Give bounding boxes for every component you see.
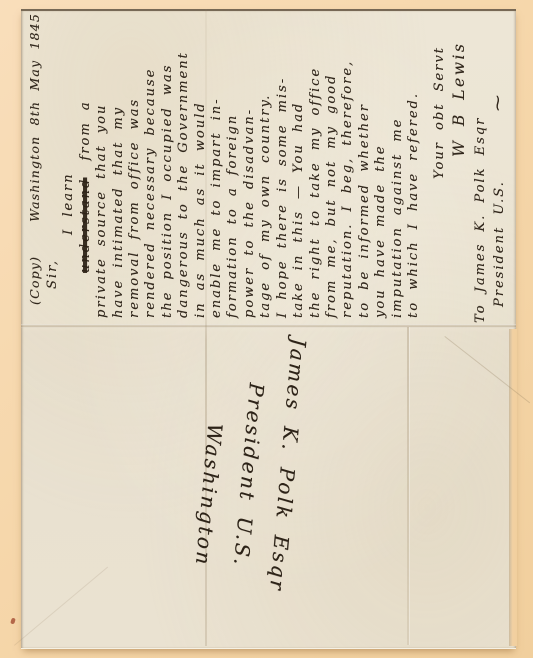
body-line: have intimated that my <box>111 9 127 327</box>
copy-annotation: (Copy) <box>25 256 45 305</box>
scan-mat-background: (Copy) Washington 8th May 1845 Sir, I le… <box>0 0 533 658</box>
body-line: take in this — You had <box>291 9 307 327</box>
pen-flourish: ⁓ <box>488 93 507 111</box>
struck-out-word: understand <box>78 178 93 273</box>
body-line-opening: I learn <box>61 9 77 327</box>
letter-header-line: (Copy) Washington 8th May 1845 <box>25 9 45 327</box>
body-line: dangerous to the Government <box>176 9 192 327</box>
body-line: the right to take my office <box>308 9 324 327</box>
body-line: tage of my own country. <box>258 9 274 327</box>
signature: W B Lewis <box>451 9 467 327</box>
body-line: removal from office was <box>127 9 143 327</box>
body-line: to which I have refered. <box>406 9 422 327</box>
body-line: to be informed whether <box>357 9 373 327</box>
body-line: enable me to impart in- <box>209 9 225 327</box>
vertical-fold-crease-right <box>407 327 409 645</box>
addressee-line-2-text: President U.S. <box>492 180 507 307</box>
body-line: power to the disadvan- <box>242 9 258 327</box>
salutation: Sir, <box>45 9 61 327</box>
body-line-with-strikeout: understand from a <box>78 9 94 327</box>
body-line: reputation. I beg, therefore, <box>340 9 356 327</box>
mat-speck <box>10 618 16 625</box>
body-line: from me, but not my good <box>324 9 340 327</box>
body-line: private source that you <box>94 9 110 327</box>
letter-page-upper-half: (Copy) Washington 8th May 1845 Sir, I le… <box>21 9 516 327</box>
body-line: I hope there is some mis- <box>275 9 291 327</box>
addressee-line-2: President U.S. ⁓ <box>490 9 508 327</box>
body-line: you have made the <box>373 9 389 327</box>
dateline: Washington 8th May 1845 <box>25 13 45 222</box>
addressee-line-1: To James K. Polk Esqr <box>473 9 489 327</box>
address-panel-text: James K. Polk Esqr President U.S. Washin… <box>172 330 318 639</box>
body-line: rendered necessary because <box>143 9 159 327</box>
mat-edge-sliver <box>509 329 517 646</box>
body-line-text: from a <box>78 100 93 160</box>
body-line: imputation against me <box>390 9 406 327</box>
body-line: formation to a foreign <box>225 9 241 327</box>
address-panel-lower-half: James K. Polk Esqr President U.S. Washin… <box>198 340 328 640</box>
closing-line: Your obt Servt <box>432 9 448 327</box>
body-line: the position I occupied was <box>160 9 176 327</box>
body-line: in as much as it would <box>193 9 209 327</box>
letter-text-block: (Copy) Washington 8th May 1845 Sir, I le… <box>21 9 516 327</box>
